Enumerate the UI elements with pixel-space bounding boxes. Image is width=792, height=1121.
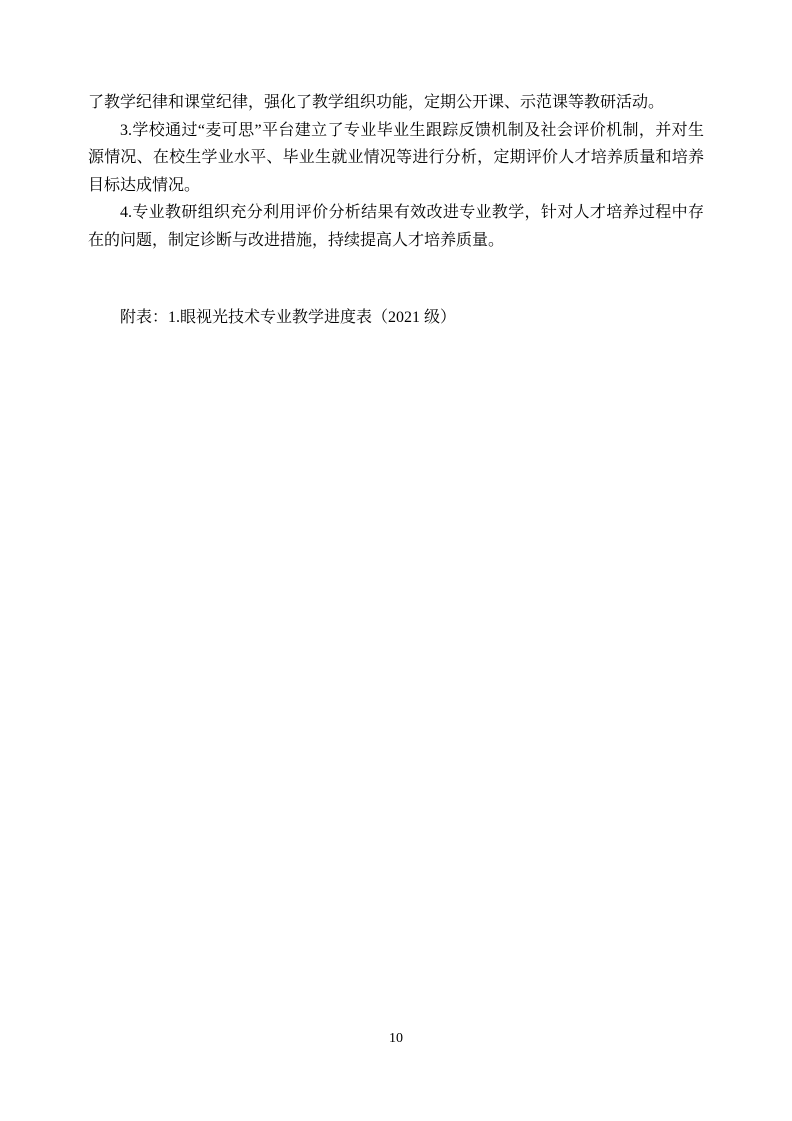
paragraph-continuation: 了教学纪律和课堂纪律，强化了教学组织功能，定期公开课、示范课等教研活动。 bbox=[88, 89, 704, 117]
attachment-note: 附表：1.眼视光技术专业教学进度表（2021 级） bbox=[88, 304, 704, 332]
document-page: 了教学纪律和课堂纪律，强化了教学组织功能，定期公开课、示范课等教研活动。 3.学… bbox=[0, 0, 792, 1121]
document-body: 了教学纪律和课堂纪律，强化了教学组织功能，定期公开课、示范课等教研活动。 3.学… bbox=[88, 89, 704, 332]
page-number: 10 bbox=[0, 1031, 792, 1047]
paragraph-item-3: 3.学校通过“麦可思”平台建立了专业毕业生跟踪反馈机制及社会评价机制，并对生源情… bbox=[88, 117, 704, 200]
paragraph-item-4: 4.专业教研组织充分利用评价分析结果有效改进专业教学，针对人才培养过程中存在的问… bbox=[88, 199, 704, 254]
